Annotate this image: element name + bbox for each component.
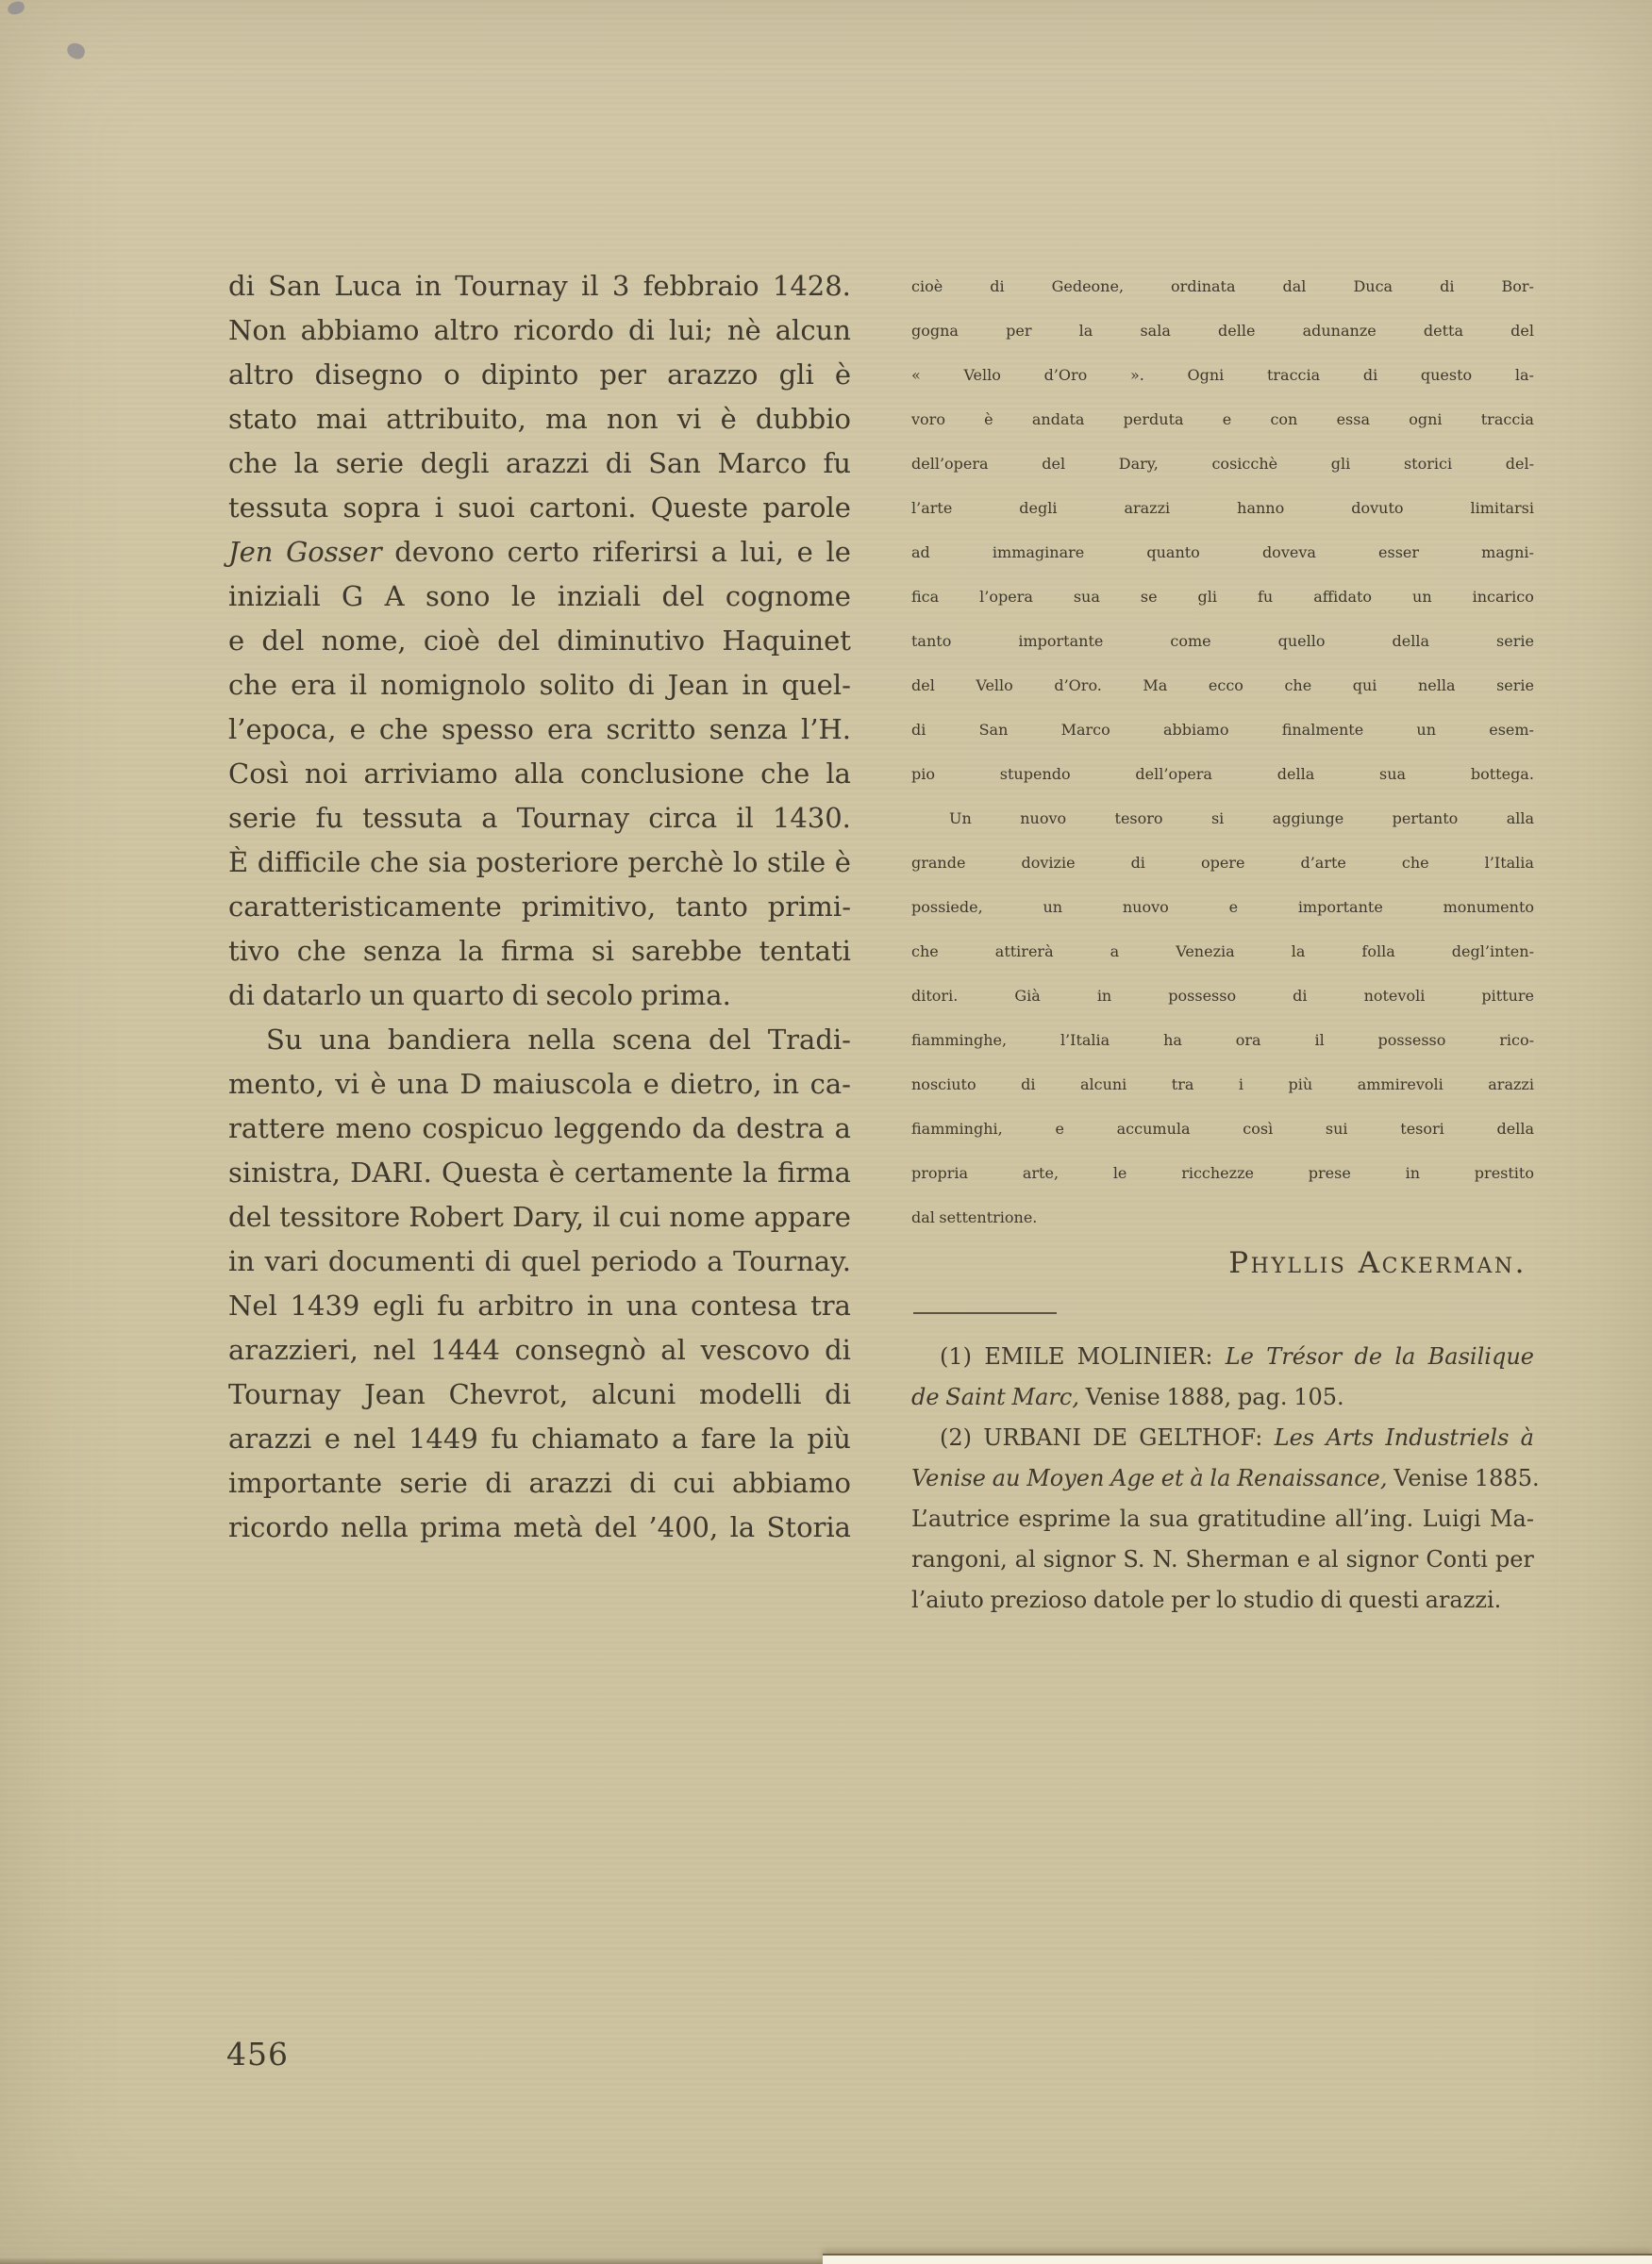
word: dal	[1283, 264, 1307, 308]
word: serie	[1496, 619, 1534, 663]
text-line: cioèdiGedeone,ordinatadalDucadiBor-	[911, 264, 1534, 308]
text-line: dalsettentrione.	[911, 1195, 1534, 1240]
word: nosciuto	[911, 1062, 976, 1107]
word: fu	[491, 1417, 518, 1461]
word: 1885.	[1475, 1458, 1540, 1499]
text-line: adimmaginarequantodovevaessermagni-	[911, 530, 1534, 574]
word: Così	[228, 752, 289, 796]
paper-speck	[7, 0, 26, 16]
word: al	[1318, 1540, 1339, 1580]
text-line: didatarlounquartodisecoloprima.	[228, 974, 851, 1018]
word: andata	[1032, 397, 1085, 441]
word: parole	[762, 486, 851, 530]
word: come	[1170, 619, 1210, 663]
word: questo	[1421, 353, 1472, 397]
word: che	[370, 841, 419, 885]
word: è	[984, 397, 993, 441]
word: tessuta	[228, 486, 328, 530]
word: arazzo	[667, 353, 758, 397]
word: scritto	[606, 707, 695, 752]
word: studio	[1243, 1580, 1314, 1621]
word: destra	[736, 1107, 824, 1151]
word: Tournay	[228, 1373, 341, 1417]
word: 1888,	[1166, 1377, 1231, 1418]
word: che	[228, 441, 277, 486]
word: bandiera	[388, 1018, 511, 1062]
word: in	[415, 264, 442, 308]
word: tra	[810, 1284, 851, 1328]
word: opere	[1201, 841, 1244, 885]
word: a	[711, 530, 727, 574]
text-line: ratteremenocospicuoleggendodadestraa	[228, 1107, 851, 1151]
word: N.	[1153, 1540, 1178, 1580]
word: accumula	[1117, 1107, 1191, 1151]
word: al	[1015, 1540, 1036, 1580]
word: di	[1363, 353, 1377, 397]
word: possesso	[1378, 1018, 1446, 1062]
word: 1428.	[773, 264, 851, 308]
word: sarebbe	[631, 929, 743, 974]
word: 1449	[409, 1417, 478, 1461]
word: prima	[420, 1506, 502, 1550]
word: S.	[1123, 1540, 1144, 1580]
word: importante	[1298, 885, 1383, 929]
word: Robert	[409, 1195, 504, 1240]
word: il	[1314, 1018, 1324, 1062]
word: non	[607, 397, 659, 441]
text-line: cheattireràaVenezialafolladegl’inten-	[911, 929, 1534, 974]
word: Venezia	[1176, 929, 1234, 974]
word: ’400,	[648, 1506, 718, 1550]
word: ogni	[1409, 397, 1442, 441]
word: altro	[228, 353, 294, 397]
word: le	[826, 530, 851, 574]
text-line: deltessitoreRobertDary,ilcuinomeappare	[228, 1195, 851, 1240]
word: è	[370, 1062, 386, 1107]
word: stupendo	[1000, 752, 1071, 796]
word: un	[1043, 885, 1062, 929]
word: circa	[648, 796, 717, 841]
word: scena	[612, 1018, 692, 1062]
word: Ogni	[1188, 353, 1225, 397]
word: con	[1270, 397, 1297, 441]
word: si	[592, 929, 614, 974]
word: perduta	[1124, 397, 1184, 441]
word: fu	[315, 796, 342, 841]
word: nella	[1418, 663, 1456, 707]
text-line: invaridocumentidiquelperiodoaTournay.	[228, 1240, 851, 1284]
text-line: Nel1439eglifuarbitroinunacontesatra	[228, 1284, 851, 1328]
word: di	[629, 1461, 656, 1506]
word: la	[294, 441, 320, 486]
word: ammirevoli	[1358, 1062, 1443, 1107]
word: pitture	[1481, 974, 1534, 1018]
word: settentrione.	[939, 1195, 1037, 1240]
text-line: fiamminghe,l’Italiahaorailpossessorico-	[911, 1018, 1534, 1062]
word: cospicuo	[422, 1107, 543, 1151]
text-line: JenGosserdevonocertoriferirsialui,ele	[228, 530, 851, 574]
text-line: tessutasopraisuoicartoni.Questeparole	[228, 486, 851, 530]
author-signature: Phyllis Ackerman.	[911, 1241, 1534, 1286]
word: di	[990, 264, 1004, 308]
word: contesa	[691, 1284, 797, 1328]
word: dell’opera	[1135, 752, 1212, 796]
word: posteriore	[476, 841, 619, 885]
text-line: diSanMarcoabbiamofinalmenteunesem-	[911, 707, 1534, 752]
word: arriviamo	[363, 752, 497, 796]
word: la	[1079, 308, 1093, 353]
word: l’Italia	[1485, 841, 1534, 885]
word: del	[661, 574, 704, 619]
word: disegno	[315, 353, 424, 397]
word: a	[672, 1417, 688, 1461]
text-line: VeniseauMoyenAgeetàlaRenaissance,Venise1…	[911, 1458, 1534, 1499]
word: questi	[1348, 1580, 1419, 1621]
word: quanto	[1146, 530, 1199, 574]
word: arazzi	[1124, 486, 1170, 530]
word: a	[1110, 929, 1120, 974]
word: gli	[1331, 441, 1350, 486]
word: Gedeone,	[1052, 264, 1124, 308]
word: Vello	[963, 353, 1000, 397]
word: del	[261, 619, 304, 663]
word: Venise	[1086, 1377, 1160, 1418]
word: signor	[1043, 1540, 1116, 1580]
word: i	[1239, 1062, 1243, 1107]
right-column-body: cioèdiGedeone,ordinatadalDucadiBor-gogna…	[911, 264, 1534, 1240]
word: senza	[709, 707, 788, 752]
word: l’opera	[979, 574, 1033, 619]
word: devono	[394, 530, 494, 574]
word: il	[736, 796, 754, 841]
word: quel-	[781, 663, 850, 707]
word: signor	[1346, 1540, 1419, 1580]
word: mai	[316, 397, 367, 441]
word: lo	[733, 841, 759, 885]
word: è	[721, 397, 737, 441]
word: rattere	[228, 1107, 325, 1151]
text-line: dell’operadelDary,cosicchèglistoricidel-	[911, 441, 1534, 486]
word: ora	[1236, 1018, 1261, 1062]
word: febbraio	[643, 264, 759, 308]
word: Saint	[945, 1377, 1006, 1418]
word: appare	[754, 1195, 851, 1240]
word: nomignolo	[380, 663, 526, 707]
word: egli	[373, 1284, 424, 1328]
word: doveva	[1262, 530, 1316, 574]
word: Le	[1226, 1337, 1254, 1377]
word: prese	[1309, 1151, 1351, 1195]
word: attirerà	[995, 929, 1054, 974]
word: Storia	[767, 1506, 851, 1550]
word: di	[485, 1461, 511, 1506]
word: la	[1210, 1458, 1230, 1499]
word: solito	[540, 663, 615, 707]
word: ricchezze	[1181, 1151, 1254, 1195]
word: tesoro	[1115, 796, 1163, 841]
word: pertanto	[1393, 796, 1459, 841]
word: adunanze	[1303, 308, 1377, 353]
text-line: propriaarte,lericchezzepreseinprestito	[911, 1151, 1534, 1195]
text-line: ditori.Giàinpossessodinotevolipitture	[911, 974, 1534, 1018]
word: à	[1190, 1458, 1203, 1499]
word: arazzi.	[1426, 1580, 1502, 1621]
word: era	[291, 663, 336, 707]
word: che	[228, 663, 277, 707]
word: Un	[949, 796, 972, 841]
word: era	[547, 707, 592, 752]
word: arazzi	[528, 1461, 611, 1506]
word: il	[350, 663, 368, 707]
word: fu	[1258, 574, 1273, 619]
word: si	[1211, 796, 1224, 841]
word: e	[1055, 1107, 1063, 1151]
word: in	[1097, 974, 1111, 1018]
word: DE	[1093, 1418, 1127, 1458]
word: grande	[911, 841, 965, 885]
word: Luigi	[1423, 1499, 1481, 1540]
word: arazzi	[228, 1417, 311, 1461]
word: lo	[1216, 1580, 1237, 1621]
word: au	[993, 1458, 1021, 1499]
word: Su	[266, 1018, 303, 1062]
word: primi-	[768, 885, 851, 929]
word: dal	[911, 1195, 935, 1240]
word: cioè	[424, 619, 480, 663]
word: firma	[501, 929, 575, 974]
word: le	[511, 574, 536, 619]
word: arazzieri,	[228, 1328, 359, 1373]
footnote-divider-rule	[913, 1312, 1057, 1314]
text-line: mento,vièunaDmaiuscolaedietro,inca-	[228, 1062, 851, 1107]
word: Venise	[911, 1458, 986, 1499]
word: folla	[1361, 929, 1394, 974]
word: incarico	[1473, 574, 1534, 619]
word: arte,	[1023, 1151, 1059, 1195]
word: che	[760, 752, 809, 796]
word: nuovo	[1123, 885, 1169, 929]
text-line: nosciutodialcunitraipiùammirevoliarazzi	[911, 1062, 1534, 1107]
word: Tournay	[517, 796, 629, 841]
word: serie	[1496, 663, 1534, 707]
text-line: Nonabbiamoaltroricordodilui;nèalcun	[228, 308, 851, 353]
word: l’epoca,	[228, 707, 336, 752]
book-page: diSanLucainTournayil3febbraio1428.Nonabb…	[0, 0, 1652, 2264]
word: riferirsi	[592, 530, 698, 574]
word: degl’inten-	[1452, 929, 1534, 974]
word: URBANI	[983, 1418, 1081, 1458]
word: A	[385, 574, 405, 619]
word: qui	[1353, 663, 1377, 707]
word: d’Oro	[1044, 353, 1088, 397]
word: degli	[421, 441, 490, 486]
text-line: ricordonellaprimametàdel’400,laStoria	[228, 1506, 851, 1550]
word: altro	[434, 308, 500, 353]
word: Sherman	[1186, 1540, 1290, 1580]
word: EMILE	[984, 1337, 1064, 1377]
word: in	[773, 1062, 799, 1107]
word: DARI.	[350, 1151, 432, 1195]
word: l’aiuto	[911, 1580, 984, 1621]
word: la	[826, 752, 851, 796]
word: del	[228, 1195, 271, 1240]
word: che	[297, 929, 346, 974]
word: quel	[521, 1240, 581, 1284]
word: la	[730, 1506, 756, 1550]
word: vescovo	[700, 1328, 809, 1373]
word: lui,	[741, 530, 784, 574]
word: gli	[1198, 574, 1217, 619]
word: o	[443, 353, 459, 397]
word: del	[709, 1018, 751, 1062]
word: detta	[1424, 308, 1463, 353]
word: Bor-	[1501, 264, 1533, 308]
word: fiamminghi,	[911, 1107, 1003, 1151]
word: tanto	[911, 619, 951, 663]
word: prestito	[1475, 1151, 1534, 1195]
word: di	[228, 974, 255, 1018]
word: ditori.	[911, 974, 958, 1018]
word: et	[1161, 1458, 1184, 1499]
word: l’arte	[911, 486, 952, 530]
word: nella	[341, 1506, 409, 1550]
word: dell’opera	[911, 441, 989, 486]
word: Non	[228, 308, 287, 353]
word: tessuta	[362, 796, 462, 841]
word: lui;	[669, 308, 713, 353]
word: datarlo	[262, 974, 361, 1018]
paper-speck	[65, 41, 87, 61]
word: 1444	[430, 1328, 500, 1373]
text-line: (2)URBANIDEGELTHOF:LesArtsIndustrielsà	[911, 1418, 1534, 1458]
word: fare	[701, 1417, 757, 1461]
word: alcuni	[1080, 1062, 1126, 1107]
text-line: l’aiutopreziosodatoleperlostudiodiquesti…	[911, 1580, 1534, 1621]
word: ca-	[810, 1062, 851, 1107]
word: GELTHOF:	[1139, 1418, 1262, 1458]
word: cui	[619, 1195, 660, 1240]
word: nel	[353, 1417, 395, 1461]
word: cioè	[911, 264, 943, 308]
word: la-	[1515, 353, 1534, 397]
text-line: statomaiattribuito,manonvièdubbio	[228, 397, 851, 441]
word: e	[350, 707, 366, 752]
word: bottega.	[1471, 752, 1534, 796]
text-line: Èdifficilechesiaposterioreperchèlostileè	[228, 841, 851, 885]
word: fu	[824, 441, 851, 486]
word: in	[228, 1240, 255, 1284]
word: alla	[1507, 796, 1534, 841]
word: sala	[1140, 308, 1170, 353]
page-bottom-shadow-edge	[0, 2257, 830, 2264]
word: suoi	[458, 486, 514, 530]
word: del	[1510, 308, 1534, 353]
word: monumento	[1443, 885, 1534, 929]
word: L’autrice	[911, 1499, 1010, 1540]
word: traccia	[1267, 353, 1320, 397]
word: la	[769, 1417, 794, 1461]
text-line: l’epoca,echespessoerascrittosenzal’H.	[228, 707, 851, 752]
word: per	[1006, 308, 1031, 353]
word: voro	[911, 397, 945, 441]
word: Vello	[976, 663, 1012, 707]
word: alcun	[776, 308, 851, 353]
word: magni-	[1481, 530, 1534, 574]
word: di	[485, 1240, 511, 1284]
word: limitarsi	[1470, 486, 1533, 530]
word: Marc,	[1012, 1377, 1079, 1418]
text-line: inizialiGAsonoleinzialidelcognome	[228, 574, 851, 619]
word: la	[1120, 1499, 1141, 1540]
word: delle	[1218, 308, 1255, 353]
word: San	[648, 441, 701, 486]
word: ecco	[1209, 663, 1243, 707]
word: G	[342, 574, 363, 619]
word: senza	[363, 929, 442, 974]
word: datole	[1093, 1580, 1165, 1621]
text-line: grandedoviziediopered’artechel’Italia	[911, 841, 1534, 885]
text-line: sinistra,DARI.Questaècertamentelafirma	[228, 1151, 851, 1195]
word: se	[1141, 574, 1158, 619]
word: il	[581, 264, 599, 308]
word: certamente	[575, 1151, 733, 1195]
word: dietro,	[670, 1062, 761, 1107]
word: nel	[373, 1328, 415, 1373]
word: tra	[1172, 1062, 1194, 1107]
word: Chevrot,	[449, 1373, 569, 1417]
word: Age	[1110, 1458, 1155, 1499]
word: è	[835, 841, 851, 885]
word: San	[979, 707, 1009, 752]
word: che	[1402, 841, 1429, 885]
word: più	[1289, 1062, 1313, 1107]
word: arazzi	[1488, 1062, 1534, 1107]
word: leggendo	[554, 1107, 681, 1151]
word: Haquinet	[722, 619, 851, 663]
word: importante	[228, 1461, 382, 1506]
word: nella	[527, 1018, 595, 1062]
word: Tradi-	[768, 1018, 851, 1062]
word: Nel	[228, 1284, 277, 1328]
word: certo	[508, 530, 579, 574]
word: alla	[514, 752, 564, 796]
word: è	[549, 1151, 565, 1195]
word: storici	[1404, 441, 1452, 486]
word: Jean	[668, 663, 729, 707]
word: metà	[513, 1506, 583, 1550]
word: una	[626, 1284, 678, 1328]
text-line: rangoni,alsignorS.N.ShermanealsignorCont…	[911, 1540, 1534, 1580]
word: È	[228, 841, 248, 885]
word: di	[512, 974, 539, 1018]
word: inziali	[558, 574, 641, 619]
word: rico-	[1499, 1018, 1534, 1062]
word: spesso	[442, 707, 534, 752]
word: di	[911, 707, 926, 752]
word: mento,	[228, 1062, 325, 1107]
word: che	[1284, 663, 1311, 707]
text-line: tantoimportantecomequellodellaserie	[911, 619, 1534, 663]
word: Arts	[1326, 1418, 1374, 1458]
word: per	[599, 353, 646, 397]
text-line: arazzienel1449fuchiamatoafarelapiù	[228, 1417, 851, 1461]
text-line: fical’operasuaseglifuaffidatounincarico	[911, 574, 1534, 619]
word: di	[1021, 1062, 1035, 1107]
word: in	[587, 1284, 613, 1328]
word: cosicchè	[1211, 441, 1277, 486]
text-line: Unnuovotesorosiaggiungepertantoalla	[911, 796, 1534, 841]
word: tentati	[759, 929, 851, 974]
